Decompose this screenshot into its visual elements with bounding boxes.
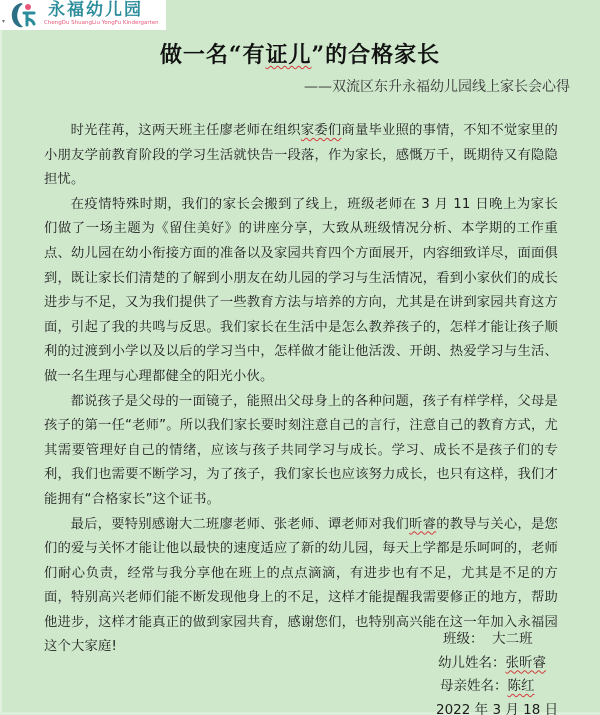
paragraph-3: 都说孩子是父母的一面镜子，能照出父母身上的各种问题，孩子有样学样，父母是孩子的第… <box>44 390 558 513</box>
class-value: 大二班 <box>492 631 533 647</box>
logo-english-name: ChengDu ShuangLiu YongFu Kindergarten <box>44 20 159 27</box>
signature-block: 班级： 大二班 幼儿姓名：张昕睿 母亲姓名：陈红 2022 年 3 月 18 日 <box>438 628 558 715</box>
signature-mother: 母亲姓名：陈红 <box>438 675 558 699</box>
kindergarten-logo: ▾ 永福幼儿园 ChengDu ShuangLiu YongFu Kinderg… <box>0 0 166 30</box>
document-title: 做一名“有证儿”的合格家长 <box>0 38 600 69</box>
spellcheck-word[interactable]: 昕睿 <box>409 517 436 532</box>
mother-label: 母亲姓名： <box>440 678 508 694</box>
paragraph-text: 都说孩子是父母的一面镜子，能照出父母身上的各种问题，孩子有样学样，父母是孩子的第… <box>44 394 558 507</box>
child-label: 幼儿姓名： <box>438 655 506 671</box>
page-left-edge <box>0 30 2 715</box>
paragraph-text: 在疫情特殊时期，我们的家长会搬到了线上，班级老师在 3 月 11 日晚上为家长们… <box>44 197 558 384</box>
title-suffix: ”的合格家长 <box>312 42 441 68</box>
paragraph-1: 时光荏苒，这两天班主任廖老师在组织家委们商量毕业照的事情，不知不觉家里的小朋友学… <box>44 119 558 193</box>
title-spellcheck-word[interactable]: 证儿 <box>265 42 311 68</box>
spellcheck-word[interactable]: 家委们 <box>301 123 342 138</box>
dropdown-caret-icon: ▾ <box>2 18 5 25</box>
logo-chinese-name: 永福幼儿园 <box>48 0 143 20</box>
paragraph-text: 时光荏苒，这两天班主任廖老师在组织 <box>71 123 301 138</box>
signature-class: 班级： 大二班 <box>438 628 558 652</box>
document-subtitle: ——双流区东升永福幼儿园线上家长会心得 <box>304 76 570 96</box>
document-body: 时光荏苒，这两天班主任廖老师在组织家委们商量毕业照的事情，不知不觉家里的小朋友学… <box>44 119 558 660</box>
kindergarten-logo-icon <box>8 1 38 29</box>
child-name-spellcheck[interactable]: 张昕睿 <box>506 655 547 671</box>
paragraph-text: 最后，要特别感谢大二班廖老师、张老师、谭老师对我们 <box>71 517 410 532</box>
title-prefix: 做一名“有 <box>160 42 266 68</box>
signature-date: 2022 年 3 月 18 日 <box>436 699 558 715</box>
mother-name-spellcheck[interactable]: 陈红 <box>508 678 535 694</box>
signature-child: 幼儿姓名：张昕睿 <box>438 652 558 676</box>
class-label: 班级： <box>443 631 484 647</box>
paragraph-2: 在疫情特殊时期，我们的家长会搬到了线上，班级老师在 3 月 11 日晚上为家长们… <box>44 193 558 390</box>
